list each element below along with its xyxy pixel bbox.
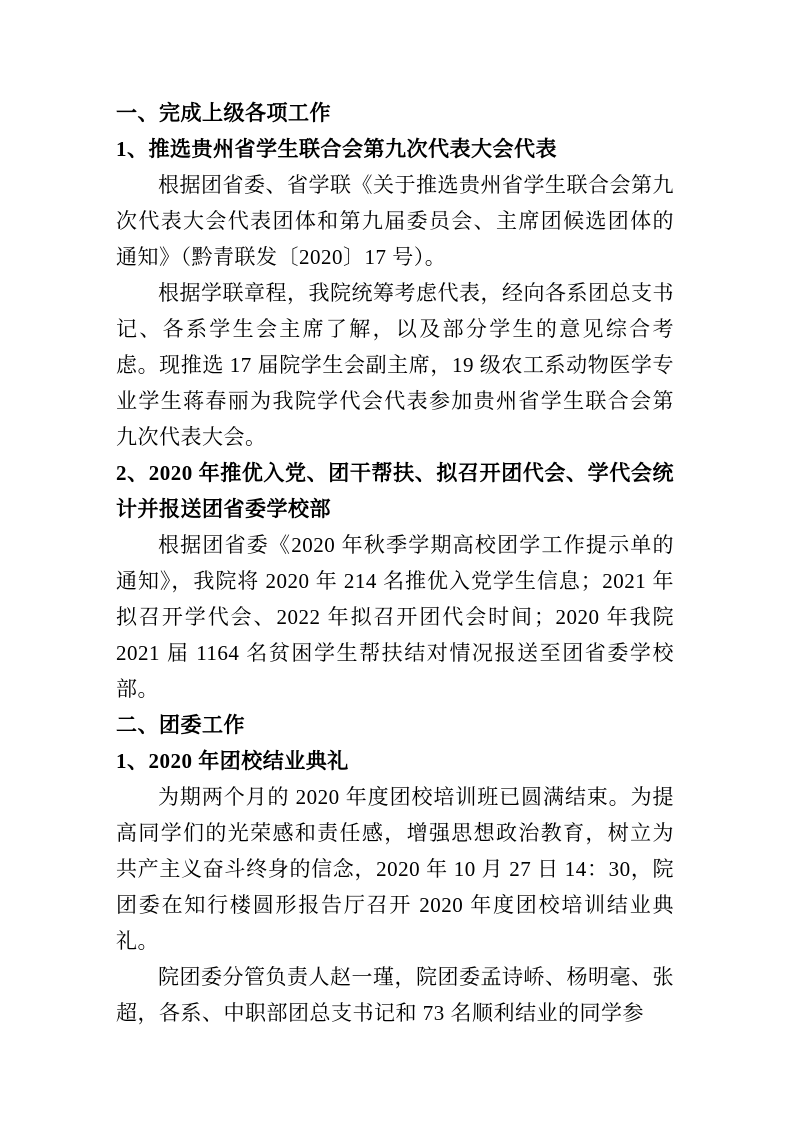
paragraph-graduation-ceremony: 为期两个月的 2020 年度团校培训班已圆满结束。为提高同学们的光荣感和责任感，… bbox=[116, 779, 674, 959]
paragraph-notice-reference: 根据团省委、省学联《关于推选贵州省学生联合会第九次代表大会代表团体和第九届委员会… bbox=[116, 167, 674, 275]
subsection-heading-student-federation-delegates: 1、推选贵州省学生联合会第九次代表大会代表 bbox=[116, 131, 674, 167]
document-content: 一、完成上级各项工作 1、推选贵州省学生联合会第九次代表大会代表 根据团省委、省… bbox=[116, 95, 674, 1031]
section-heading-complete-superior-tasks: 一、完成上级各项工作 bbox=[116, 95, 674, 131]
subsection-heading-league-school-graduation: 1、2020 年团校结业典礼 bbox=[116, 743, 674, 779]
document-page: 一、完成上级各项工作 1、推选贵州省学生联合会第九次代表大会代表 根据团省委、省… bbox=[0, 0, 793, 1122]
paragraph-delegate-selection: 根据学联章程，我院统筹考虑代表，经向各系团总支书记、各系学生会主席了解，以及部分… bbox=[116, 275, 674, 455]
paragraph-ceremony-attendees: 院团委分管负责人赵一瑾，院团委孟诗峤、杨明毫、张超，各系、中职部团总支书记和 7… bbox=[116, 959, 674, 1031]
subsection-heading-party-recommendation-report: 2、2020 年推优入党、团干帮扶、拟召开团代会、学代会统计并报送团省委学校部 bbox=[116, 455, 674, 527]
section-heading-youth-league-work: 二、团委工作 bbox=[116, 707, 674, 743]
paragraph-report-details: 根据团省委《2020 年秋季学期高校团学工作提示单的通知》，我院将 2020 年… bbox=[116, 527, 674, 707]
